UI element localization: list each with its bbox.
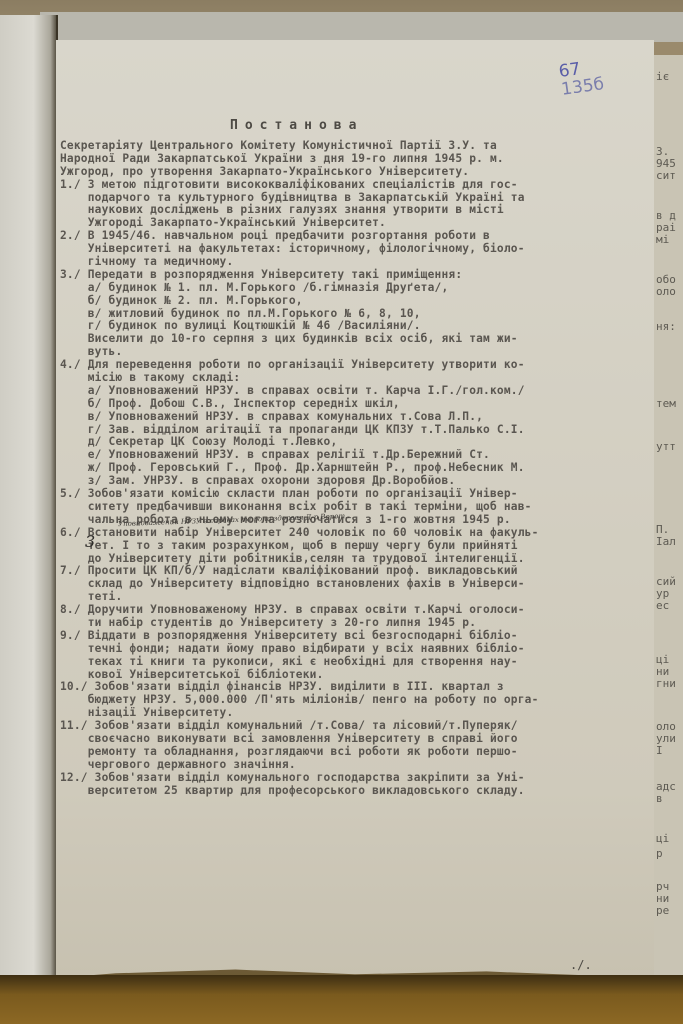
fragment: гни [656, 677, 676, 690]
document-line: б/ будинок № 2. пл. М.Горького, [60, 295, 650, 308]
document-title: Постанова [230, 118, 363, 133]
document-body: Секретаріяту Центрального Комітету Комун… [60, 140, 650, 797]
document-line: течні фонди; надати йому право відбирати… [60, 643, 650, 656]
fragment: ес [656, 599, 669, 612]
file-binder-spine [0, 15, 58, 980]
fragment: Іал [656, 535, 676, 548]
document-line: б/ Проф. Добош С.В., Інспектор середніх … [60, 398, 650, 411]
margin-mark: 3 [85, 532, 95, 551]
page-end-mark: ./. [570, 958, 592, 972]
fragment: іє [656, 70, 669, 83]
fragment: р [656, 847, 663, 860]
document-line: в/ Уповноважений НРЗУ. в справах комунал… [60, 411, 650, 424]
document-line: ти набір студентів до Університету з 20-… [60, 617, 650, 630]
fragment: оло [656, 285, 676, 298]
document-line: 3./ Передати в розпорядження Університет… [60, 269, 650, 282]
document-line: Народної Ради Закарпатської України з дн… [60, 153, 650, 166]
fragment: ці [656, 832, 669, 845]
document-line: а/ Уповноважений НРЗУ. в справах освіти … [60, 385, 650, 398]
wooden-table [0, 975, 683, 1024]
document-line: місію в такому складі: [60, 372, 650, 385]
document-line: чергового державного значіння. [60, 759, 650, 772]
document-line: склад до Університету відповідно встанов… [60, 578, 650, 591]
fragment: І [656, 744, 663, 757]
document-line: 9./ Віддати в розпорядження Університету… [60, 630, 650, 643]
fragment: тем [656, 397, 676, 410]
document-line: гічному та медичному. [60, 256, 650, 269]
document-line: ситету предбачивши виконання всіх робіт … [60, 501, 650, 514]
fragment: ре [656, 904, 669, 917]
document-line: а/ будинок № 1. пл. М.Горького /б.гімназ… [60, 282, 650, 295]
document-line: 5./ Зобов'язати комісію скласти план роб… [60, 488, 650, 501]
document-line: Виселити до 10-го серпня з цих будинків … [60, 333, 650, 346]
fragment: в [656, 792, 663, 805]
fragment: сит [656, 169, 676, 182]
document-line: Секретаріяту Центрального Комітету Комун… [60, 140, 650, 153]
fragment: мі [656, 233, 669, 246]
document-line: 6./ Встановити набір Університет 240 чол… [60, 527, 650, 540]
folio-number: 67 135б [558, 57, 606, 99]
adjacent-page: іє 3. 945 сит в д раі мі обо оло ня: тем… [650, 55, 683, 975]
document-line: теках ті книги та рукописи, які є необхі… [60, 656, 650, 669]
folder-cover-top [40, 12, 683, 42]
document-line: верситетом 25 квартир для професорського… [60, 785, 650, 798]
document-line: тет. І то з таким розрахунком, щоб в пер… [60, 540, 650, 553]
document-line: своєчасно виконувати всі замовлення Унів… [60, 733, 650, 746]
document-line: ремонту та обладнання, розглядаючи всі р… [60, 746, 650, 759]
fragment: утт [656, 440, 676, 453]
document-line: 1./ З метою підготовити висококваліфіков… [60, 179, 650, 192]
document-line: Ужгород, про утворення Закарпато-Українс… [60, 166, 650, 179]
document-line: 12./ Зобов'язати відділ комунального гос… [60, 772, 650, 785]
fragment: ня: [656, 320, 676, 333]
